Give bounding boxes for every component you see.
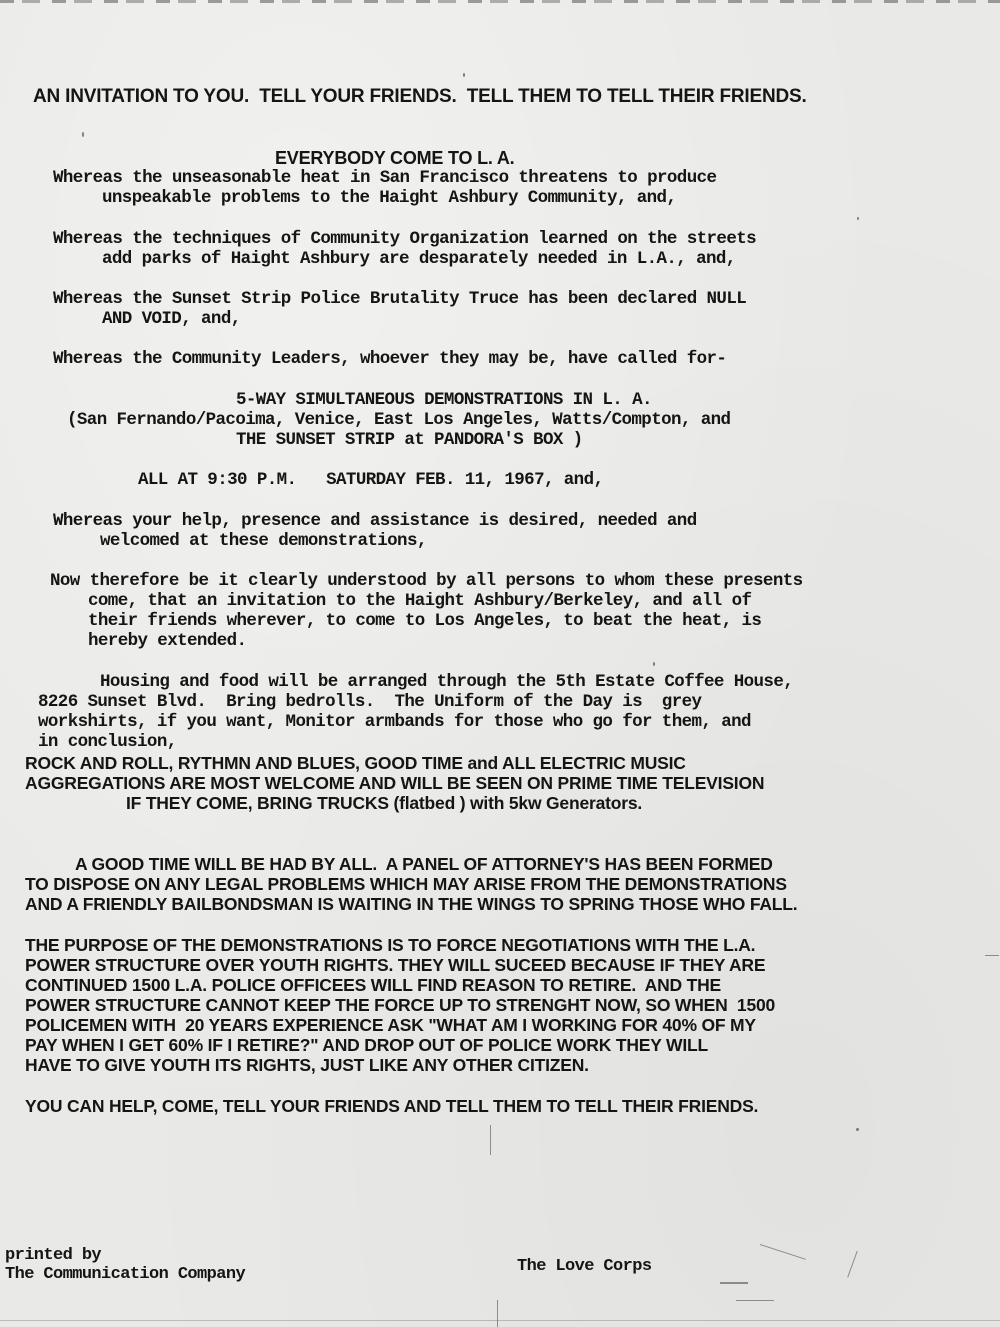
speck	[463, 73, 465, 77]
music-line-1: ROCK AND ROLL, RYTHMN AND BLUES, GOOD TI…	[25, 753, 686, 773]
now-therefore-line-2: come, that an invitation to the Haight A…	[88, 591, 751, 611]
scratch	[736, 1300, 774, 1301]
whereas-3-line-1: Whereas the Sunset Strip Police Brutalit…	[53, 289, 746, 309]
speck	[653, 662, 655, 666]
printed-by-label: printed by	[5, 1246, 101, 1266]
good-time-line-2: TO DISPOSE ON ANY LEGAL PROBLEMS WHICH M…	[25, 874, 787, 894]
event-time: ALL AT 9:30 P.M. SATURDAY FEB. 11, 1967,…	[138, 470, 603, 490]
demonstrations-sunset-strip: THE SUNSET STRIP at PANDORA'S BOX )	[236, 430, 583, 450]
printer-name: The Communication Company	[5, 1265, 245, 1285]
housing-line-2: 8226 Sunset Blvd. Bring bedrolls. The Un…	[38, 692, 701, 712]
whereas-3-line-2: AND VOID, and,	[102, 309, 241, 329]
purpose-line-7: HAVE TO GIVE YOUTH ITS RIGHTS, JUST LIKE…	[25, 1055, 589, 1075]
purpose-line-4: POWER STRUCTURE CANNOT KEEP THE FORCE UP…	[25, 995, 775, 1015]
speck	[82, 132, 84, 137]
scratch	[985, 955, 999, 956]
bottom-edge	[0, 1320, 1000, 1321]
whereas-2-line-2: add parks of Haight Ashbury are desparat…	[102, 249, 736, 269]
now-therefore-line-4: hereby extended.	[88, 631, 246, 651]
housing-line-3: workshirts, if you want, Monitor armband…	[38, 712, 751, 732]
whereas-1-line-2: unspeakable problems to the Haight Ashbu…	[102, 188, 676, 208]
good-time-line-1: A GOOD TIME WILL BE HAD BY ALL. A PANEL …	[75, 854, 773, 874]
speck	[856, 1128, 859, 1131]
whereas-2-line-1: Whereas the techniques of Community Orga…	[53, 229, 756, 249]
housing-line-4: in conclusion,	[38, 732, 177, 752]
demonstrations-locations: (San Fernando/Pacoima, Venice, East Los …	[67, 410, 730, 430]
demonstrations-heading: 5-WAY SIMULTANEOUS DEMONSTRATIONS IN L. …	[236, 390, 652, 410]
now-therefore-line-3: their friends wherever, to come to Los A…	[88, 611, 761, 631]
closing-line: YOU CAN HELP, COME, TELL YOUR FRIENDS AN…	[25, 1096, 758, 1116]
whereas-5-line-1: Whereas your help, presence and assistan…	[53, 511, 697, 531]
whereas-5-line-2: welcomed at these demonstrations,	[100, 531, 427, 551]
speck	[857, 217, 859, 220]
headline: AN INVITATION TO YOU. TELL YOUR FRIENDS.…	[33, 87, 807, 107]
document-title: EVERYBODY COME TO L. A.	[275, 148, 514, 168]
scratch	[720, 1282, 748, 1284]
good-time-line-3: AND A FRIENDLY BAILBONDSMAN IS WAITING I…	[25, 894, 797, 914]
scratch	[497, 1300, 498, 1327]
purpose-line-3: CONTINUED 1500 L.A. POLICE OFFICEES WILL…	[25, 975, 721, 995]
signature: The Love Corps	[517, 1257, 651, 1277]
music-line-3: IF THEY COME, BRING TRUCKS (flatbed ) wi…	[126, 793, 642, 813]
whereas-1-line-1: Whereas the unseasonable heat in San Fra…	[53, 168, 716, 188]
purpose-line-6: PAY WHEN I GET 60% IF I RETIRE?" AND DRO…	[25, 1035, 708, 1055]
whereas-4: Whereas the Community Leaders, whoever t…	[53, 349, 726, 369]
music-line-2: AGGREGATIONS ARE MOST WELCOME AND WILL B…	[25, 773, 764, 793]
purpose-line-2: POWER STRUCTURE OVER YOUTH RIGHTS. THEY …	[25, 955, 765, 975]
now-therefore-line-1: Now therefore be it clearly understood b…	[50, 571, 803, 591]
scratch	[490, 1125, 491, 1155]
purpose-line-5: POLICEMEN WITH 20 YEARS EXPERIENCE ASK "…	[25, 1015, 756, 1035]
purpose-line-1: THE PURPOSE OF THE DEMONSTRATIONS IS TO …	[25, 935, 755, 955]
housing-line-1: Housing and food will be arranged throug…	[100, 672, 793, 692]
torn-top-edge	[0, 0, 1000, 3]
